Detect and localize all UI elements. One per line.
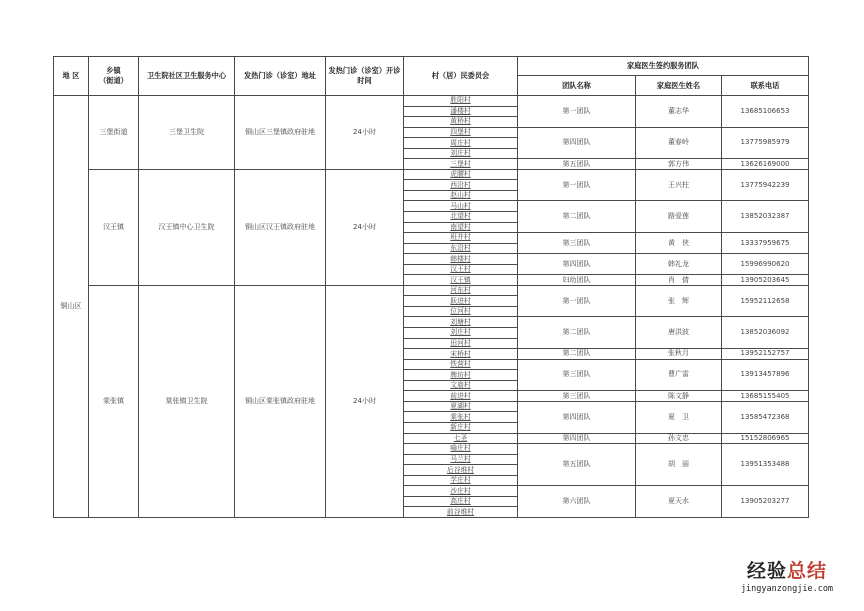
phone-cell: 13905203645 [722,275,809,286]
village-cell: 马兰村 [404,454,518,465]
village-cell: 位河村 [404,306,518,317]
village-name: 汉王村 [450,265,470,273]
village-cell: 宋桥村 [404,349,518,360]
village-name: 马兰村 [450,455,470,463]
village-name: 刘庄村 [450,328,470,336]
village-cell: 赵山村 [404,190,518,201]
village-name: 班井村 [450,233,470,241]
village-cell: 潘楼村 [404,106,518,117]
watermark-logo: 经验总结 jingyanzongjie.com [732,562,842,594]
village-cell: 黄桥村 [404,117,518,128]
doctor-name-cell: 董春岭 [636,127,722,159]
village-name: 铁营村 [450,360,470,368]
village-cell: 东沿村 [404,243,518,254]
table-body: 铜山区三堡街道三堡卫生院铜山区三堡镇政府驻地24小时胜阳村第一团队董志华1368… [54,96,809,518]
village-name: 黄桥村 [450,117,470,125]
village-cell: 北望村 [404,212,518,223]
phone-cell: 13685106653 [722,96,809,128]
doctor-name-cell: 张 辉 [636,285,722,317]
doctor-name-cell: 郭方伟 [636,159,722,170]
village-name: 田河村 [450,339,470,347]
village-cell: 田河村 [404,338,518,349]
team-name-cell: 第四团队 [518,254,636,275]
team-name-cell: 第五团队 [518,444,636,486]
village-name: 刘塘村 [450,318,470,326]
table-row: 汉王镇汉王镇中心卫生院铜山区汉王镇政府驻地24小时虎腰村第一团队王兴柱13775… [54,169,809,180]
village-name: 位河村 [450,307,470,315]
village-cell: 南望村 [404,222,518,233]
team-name-cell: 第三团队 [518,359,636,391]
doctor-name-cell: 夏 卫 [636,401,722,433]
village-name: 沙庄村 [450,487,470,495]
village-name: 学庄村 [450,476,470,484]
village-name: 前进村 [450,392,470,400]
doctor-name-cell: 路爱莲 [636,201,722,233]
village-cell: 刘塘村 [404,317,518,328]
village-cell: 学庄村 [404,475,518,486]
phone-cell: 13626169000 [722,159,809,170]
fever-clinic-hours-cell: 24小时 [326,285,404,517]
team-name-cell: 第二团队 [518,317,636,349]
fever-clinic-hours-cell: 24小时 [326,169,404,285]
village-cell: 汉王镇 [404,275,518,286]
village-name: 汉王镇 [450,276,470,284]
village-cell: 后谷堆村 [404,465,518,476]
watermark-text-2: 总结 [787,560,827,582]
village-name: 四堡村 [450,128,470,136]
phone-cell: 15996990620 [722,254,809,275]
village-cell: 韩楼村 [404,254,518,265]
phone-cell: 13852032387 [722,201,809,233]
team-name-cell: 妇幼团队 [518,275,636,286]
village-cell: 马山村 [404,201,518,212]
team-name-cell: 第四团队 [518,401,636,433]
village-name: 周庄村 [450,139,470,147]
phone-cell: 13775942239 [722,169,809,201]
village-cell: 西沿村 [404,180,518,191]
doctor-name-cell: 董志华 [636,96,722,128]
table-row: 铜山区三堡街道三堡卫生院铜山区三堡镇政府驻地24小时胜阳村第一团队董志华1368… [54,96,809,107]
header-region: 地 区 [54,57,89,96]
doctor-name-cell: 孙文忠 [636,433,722,444]
village-name: 北望村 [450,212,470,220]
village-name: 牌坊村 [450,371,470,379]
header-team-name: 团队名称 [518,76,636,96]
doctor-name-cell: 唐洪波 [636,317,722,349]
town-cell: 三堡街道 [89,96,139,170]
village-cell: 棠张村 [404,412,518,423]
village-name: 七圣 [454,434,468,442]
team-name-cell: 第六团队 [518,486,636,518]
team-name-cell: 第三团队 [518,391,636,402]
village-cell: 七圣 [404,433,518,444]
village-cell: 前谷堆村 [404,507,518,518]
village-name: 后谷堆村 [447,466,474,474]
village-cell: 牌坊村 [404,370,518,381]
village-name: 赵山村 [450,191,470,199]
village-cell: 铁营村 [404,359,518,370]
village-name: 胜阳村 [450,96,470,104]
village-cell: 夏湖村 [404,401,518,412]
village-cell: 胜阳村 [404,96,518,107]
village-cell: 刘庄村 [404,328,518,339]
fever-clinic-address-cell: 铜山区汉王镇政府驻地 [235,169,326,285]
village-name: 宋桥村 [450,350,470,358]
town-cell: 汉王镇 [89,169,139,285]
header-phone: 联系电话 [722,76,809,96]
doctor-name-cell: 肖 倩 [636,275,722,286]
doctor-name-cell: 胡 丽 [636,444,722,486]
health-center-cell: 三堡卫生院 [139,96,235,170]
team-name-cell: 第四团队 [518,433,636,444]
village-name: 夏湖村 [450,402,470,410]
village-name: 新庄村 [450,423,470,431]
village-name: 马山村 [450,202,470,210]
fever-clinic-address-cell: 铜山区三堡镇政府驻地 [235,96,326,170]
village-name: 西沿村 [450,181,470,189]
fever-clinic-address-cell: 铜山区棠张镇政府驻地 [235,285,326,517]
village-cell: 虎腰村 [404,169,518,180]
watermark-text-1: 经验 [747,560,787,582]
village-cell: 沙庄村 [404,486,518,497]
doctor-name-cell: 曹广雷 [636,359,722,391]
table-row: 棠张镇棠张镇卫生院铜山区棠张镇政府驻地24小时河东村第一团队张 辉1595211… [54,285,809,296]
phone-cell: 13685155405 [722,391,809,402]
phone-cell: 13913457896 [722,359,809,391]
header-team-group: 家庭医生签约服务团队 [518,57,809,76]
village-name: 韩楼村 [450,255,470,263]
village-cell: 河东村 [404,285,518,296]
team-name-cell: 第五团队 [518,159,636,170]
village-name: 前谷堆村 [447,508,474,516]
phone-cell: 15152806965 [722,433,809,444]
village-name: 三堡村 [450,160,470,168]
team-name-cell: 第一团队 [518,285,636,317]
village-name: 棠张村 [450,413,470,421]
village-name: 文庙村 [450,381,470,389]
phone-cell: 13852036092 [722,317,809,349]
team-name-cell: 第一团队 [518,169,636,201]
village-name: 跃进村 [450,297,470,305]
town-cell: 棠张镇 [89,285,139,517]
header-doctor-name: 家庭医生姓名 [636,76,722,96]
village-cell: 班井村 [404,233,518,244]
phone-cell: 13951353488 [722,444,809,486]
header-village-committee: 村（居）民委员会 [404,57,518,96]
doctor-name-cell: 陈文静 [636,391,722,402]
phone-cell: 13337959675 [722,233,809,254]
doctor-name-cell: 韩礼龙 [636,254,722,275]
team-name-cell: 第一团队 [518,96,636,128]
watermark-url: jingyanzongjie.com [732,584,842,594]
region-cell: 铜山区 [54,96,89,518]
health-center-cell: 棠张镇卫生院 [139,285,235,517]
village-cell: 喻庄村 [404,444,518,455]
team-name-cell: 第四团队 [518,127,636,159]
health-center-cell: 汉王镇中心卫生院 [139,169,235,285]
village-name: 东沿村 [450,244,470,252]
village-cell: 高庄村 [404,496,518,507]
village-cell: 周庄村 [404,138,518,149]
doctor-name-cell: 夏天水 [636,486,722,518]
village-cell: 四堡村 [404,127,518,138]
village-name: 喻庄村 [450,444,470,452]
village-name: 河东村 [450,286,470,294]
doctor-name-cell: 张秋月 [636,349,722,360]
village-cell: 汉王村 [404,264,518,275]
header-health-center: 卫生院社区卫生服务中心 [139,57,235,96]
village-cell: 新庄村 [404,422,518,433]
fever-clinic-hours-cell: 24小时 [326,96,404,170]
team-name-cell: 第二团队 [518,201,636,233]
phone-cell: 13585472368 [722,401,809,433]
phone-cell: 13905203277 [722,486,809,518]
village-name: 虎腰村 [450,170,470,178]
team-name-cell: 第二团队 [518,349,636,360]
village-cell: 刘庄村 [404,148,518,159]
header-fever-clinic-hours: 发热门诊（诊室）开诊时间 [326,57,404,96]
phone-cell: 15952112658 [722,285,809,317]
doctor-name-cell: 黄 侠 [636,233,722,254]
village-cell: 前进村 [404,391,518,402]
village-cell: 三堡村 [404,159,518,170]
phone-cell: 13775985979 [722,127,809,159]
village-cell: 跃进村 [404,296,518,307]
village-name: 高庄村 [450,497,470,505]
header-town: 乡镇 （街道） [89,57,139,96]
family-doctor-team-table: 地 区 乡镇 （街道） 卫生院社区卫生服务中心 发热门诊（诊室）地址 发热门诊（… [53,56,809,518]
doctor-name-cell: 王兴柱 [636,169,722,201]
village-name: 南望村 [450,223,470,231]
village-name: 潘楼村 [450,107,470,115]
phone-cell: 13952152757 [722,349,809,360]
header-fever-clinic-address: 发热门诊（诊室）地址 [235,57,326,96]
village-name: 刘庄村 [450,149,470,157]
team-name-cell: 第三团队 [518,233,636,254]
village-cell: 文庙村 [404,380,518,391]
